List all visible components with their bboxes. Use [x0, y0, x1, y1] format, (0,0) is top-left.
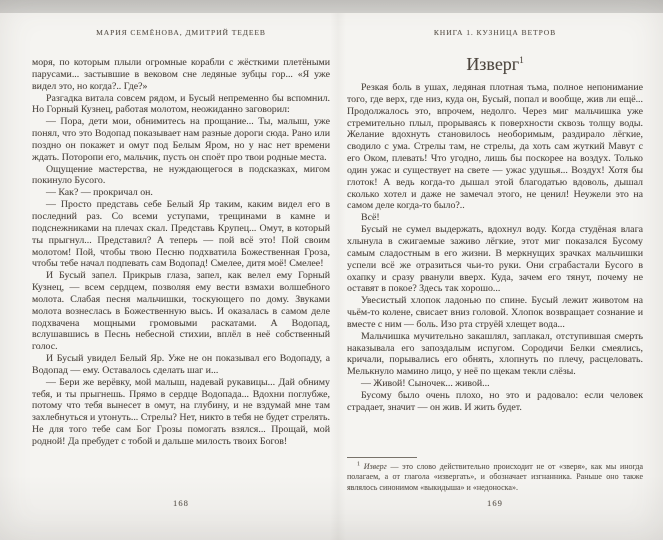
footnote-marker: 1 — [357, 461, 360, 467]
right-running-head: КНИГА 1. КУЗНИЦА ВЕТРОВ — [347, 28, 643, 37]
paragraph: Бусому было очень плохо, но это и радова… — [347, 390, 643, 414]
left-running-head: МАРИЯ СЕМЁНОВА, ДМИТРИЙ ТЕДЕЕВ — [32, 28, 330, 37]
paragraph: Бусый не сумел выдержать, вдохнул воду. … — [347, 224, 643, 295]
chapter-title-footnote-marker: 1 — [519, 55, 524, 65]
left-page-body: моря, по которым плыли огромные корабли … — [32, 57, 330, 448]
paragraph: Разгадка витала совсем рядом, и Бусый не… — [32, 93, 330, 117]
paragraph: Мальчишка мучительно закашлял, заплакал,… — [347, 331, 643, 378]
paragraph: И Бусый увидел Белый Яр. Уже не он показ… — [32, 353, 330, 377]
footnote-body: — это слово действительно происходит не … — [347, 462, 643, 492]
paragraph: Резкая боль в ушах, ледяная плотная тьма… — [347, 82, 643, 212]
right-page-body: Резкая боль в ушах, ледяная плотная тьма… — [347, 82, 643, 414]
paragraph: — Просто представь себе Белый Яр таким, … — [32, 199, 330, 270]
footnote-text: 1 Изверг — это слово действительно проис… — [347, 462, 643, 493]
left-page: МАРИЯ СЕМЁНОВА, ДМИТРИЙ ТЕДЕЕВ моря, по … — [32, 20, 330, 532]
paragraph: — Пора, дети мои, обнимитесь на прощание… — [32, 116, 330, 163]
book-scan: МАРИЯ СЕМЁНОВА, ДМИТРИЙ ТЕДЕЕВ моря, по … — [0, 0, 663, 540]
right-page: КНИГА 1. КУЗНИЦА ВЕТРОВ Изверг1 Резкая б… — [347, 20, 643, 532]
paragraph: моря, по которым плыли огромные корабли … — [32, 57, 330, 93]
chapter-title-text: Изверг — [466, 54, 519, 74]
paragraph: Ощущение мастерства, не нуждающегося в п… — [32, 164, 330, 188]
paragraph: Увесистый хлопок ладонью по спине. Бусый… — [347, 295, 643, 331]
paragraph: — Бери же верёвку, мой малыш, надевай ру… — [32, 377, 330, 448]
left-page-number: 168 — [32, 498, 330, 508]
footnote-rule — [347, 457, 417, 458]
paragraph: — Живой! Сыночек... живой... — [347, 378, 643, 390]
page-gutter — [330, 13, 346, 540]
paragraph: — Как? — прокричал он. — [32, 187, 330, 199]
paragraph: И Бусый запел. Прикрыв глаза, запел, как… — [32, 270, 330, 353]
right-page-number: 169 — [347, 498, 643, 508]
footnote: 1 Изверг — это слово действительно проис… — [347, 457, 643, 493]
chapter-title: Изверг1 — [347, 53, 643, 75]
footnote-term: Изверг — [364, 462, 387, 471]
paragraph: Всё! — [347, 212, 643, 224]
